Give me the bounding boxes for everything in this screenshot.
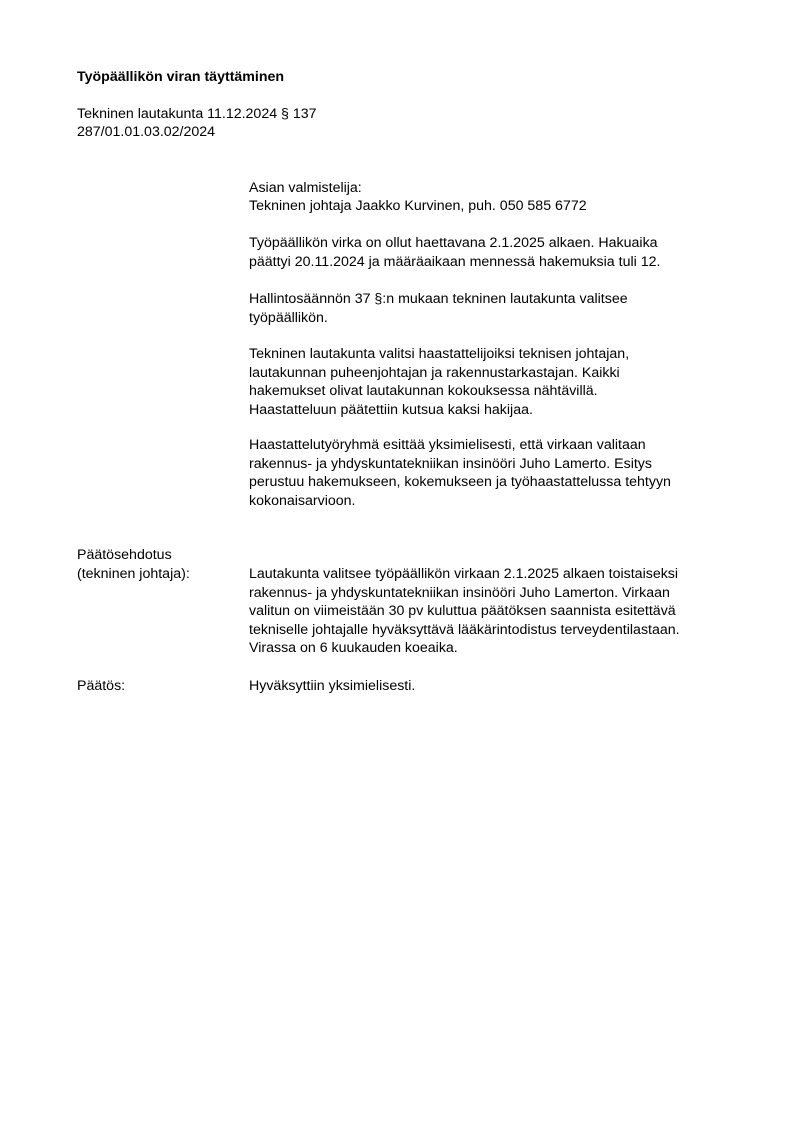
preparer: Tekninen johtaja Jaakko Kurvinen, puh. 0… — [249, 197, 587, 216]
record-id: 287/01.01.03.02/2024 — [77, 123, 215, 142]
paragraph-vacancy: Työpäällikön virka on ollut haettavana 2… — [249, 234, 660, 271]
decision-text: Hyväksyttiin yksimielisesti. — [249, 677, 415, 696]
paragraph-rule: Hallintosäännön 37 §:n mukaan tekninen l… — [249, 290, 628, 327]
proposal-author-label: (tekninen johtaja): — [77, 565, 190, 584]
preparer-label: Asian valmistelija: — [249, 179, 362, 198]
paragraph-interviewers: Tekninen lautakunta valitsi haastattelij… — [249, 345, 629, 419]
decision-label: Päätös: — [77, 677, 125, 696]
meeting-reference: Tekninen lautakunta 11.12.2024 § 137 — [77, 105, 317, 124]
paragraph-recommendation: Haastattelutyöryhmä esittää yksimielises… — [249, 436, 671, 510]
proposal-label: Päätösehdotus — [77, 546, 172, 565]
document-title: Työpäällikön viran täyttäminen — [77, 68, 284, 87]
proposal-text: Lautakunta valitsee työpäällikön virkaan… — [249, 565, 680, 658]
